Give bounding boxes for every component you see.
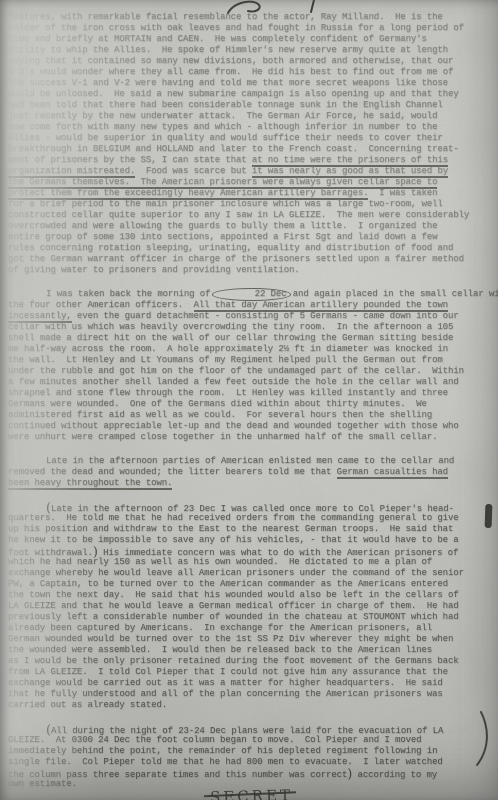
text-line: immediately behind the point, the remain…	[8, 746, 494, 757]
text-line: that he fully understood and all of the …	[8, 689, 494, 700]
text-line: had been told that there had been consid…	[8, 100, 494, 111]
text-line: the wall. Lt Henley and Lt Youmans of my…	[8, 355, 494, 366]
text-line: for a brief period to the main prisoner …	[8, 199, 494, 210]
text-line: the Germans themselves. The American pri…	[8, 177, 494, 188]
pen-underline: German casualties had	[337, 467, 448, 479]
text-line: exchange would be carried out as it was …	[8, 678, 494, 689]
text-line: Germans were wounded. One of the Germans…	[8, 399, 494, 410]
paragraph: I was taken back the morning of 22 Dec a…	[8, 289, 494, 443]
text-line: which he had nearly 150 as well as his o…	[8, 557, 494, 568]
text-line: cellar with us which was heavily overcro…	[8, 322, 494, 333]
text-line: the town the next day. He said that his …	[8, 590, 494, 601]
text-line: PW, a Captain, to be turned over to the …	[8, 579, 494, 590]
text-line: now come forth with many new types and w…	[8, 122, 494, 133]
text-line: been heavy throughout the town.	[8, 478, 494, 489]
text-line: protect them from the exceedingly heavy …	[8, 188, 494, 199]
text-line: from LA GLEIZE. I told Col Pieper that I…	[8, 667, 494, 678]
pen-parenthesis: (	[46, 723, 51, 738]
pen-parenthesis: )	[347, 767, 352, 782]
text-line: rules concerning rotation sleeping, urin…	[8, 243, 494, 254]
secret-stamp: SECRET	[210, 786, 310, 800]
text-line: exchange whereby he would leave all Amer…	[8, 568, 494, 579]
text-line: time and briefly at MORTAIN and CAEN. He…	[8, 34, 494, 45]
text-line: shrapnel and stone flew through the room…	[8, 388, 494, 399]
paragraph: features, with remarkable facial resembl…	[8, 12, 494, 276]
text-line: (Late in the afternoon of 23 Dec I was c…	[8, 502, 494, 513]
text-line: (All during the night of 23-24 Dec plans…	[8, 724, 494, 735]
text-line: G-2's would wonder where they all came f…	[8, 67, 494, 78]
paragraph: Late in the afternoon parties of America…	[8, 456, 494, 489]
text-line: were unhurt were cramped close together …	[8, 432, 494, 443]
text-line: breakthrough in BELGIUM and HOLLAND and …	[8, 144, 494, 155]
text-line: he knew it to be impossible to save any …	[8, 535, 494, 546]
pen-parenthesis: (	[46, 501, 51, 516]
text-line: already been captured by Americans. In e…	[8, 623, 494, 634]
text-line: just recently by the new underwater atta…	[8, 111, 494, 122]
pen-parenthesis: )	[93, 545, 98, 560]
text-line: carried out as already stated.	[8, 700, 494, 711]
text-line: the column pass three separate times and…	[8, 768, 494, 779]
text-line: the success V-1 and V-2 were having and …	[8, 78, 494, 89]
text-line: single file. Col Pieper told me that he …	[8, 757, 494, 768]
pen-underline: been heavy throughout the town.	[8, 478, 172, 490]
text-line: would be unloosed. He said a new submari…	[8, 89, 494, 100]
text-line: I was taken back the morning of 22 Dec a…	[8, 289, 494, 300]
text-line: as I would be the only prisoner retained…	[8, 656, 494, 667]
text-line: quarters. He told me that he had receive…	[8, 513, 494, 524]
text-line: foot withdrawal.) His immediate concern …	[8, 546, 494, 557]
text-line: the wounded were assembled. I would then…	[8, 645, 494, 656]
text-line: constructed cellar quite superior to any…	[8, 210, 494, 221]
page-text: features, with remarkable facial resembl…	[8, 12, 494, 790]
margin-pen-bracket-icon	[485, 504, 493, 528]
text-line: holder of the iron cross with oak leaves…	[8, 23, 494, 34]
text-line: entire group of some 130 into sections, …	[8, 232, 494, 243]
text-line: ability to whip the Allies. He spoke of …	[8, 45, 494, 56]
text-line: continued without appreciable let-up and…	[8, 421, 494, 432]
text-line: administered first aid as well as we cou…	[8, 410, 494, 421]
text-line: got the German warrant officer in charge…	[8, 254, 494, 265]
text-line: the four other American officers. All th…	[8, 300, 494, 311]
paragraph: (Late in the afternoon of 23 Dec I was c…	[8, 502, 494, 711]
text-line: Late in the afternoon parties of America…	[8, 456, 494, 467]
text-line: GLEIZE. At 0300 24 Dec the foot column b…	[8, 735, 494, 746]
text-line: saying that it contained so many new div…	[8, 56, 494, 67]
text-line: me half-way across the room. A hole appr…	[8, 344, 494, 355]
text-line: a few minutes another shell landed a few…	[8, 377, 494, 388]
text-line: Allies - would be superior in quality an…	[8, 133, 494, 144]
text-line: under the rubble and got him on the floo…	[8, 366, 494, 377]
document-page: features, with remarkable facial resembl…	[0, 0, 498, 800]
text-line: organization mistreated. Food was scarce…	[8, 166, 494, 177]
text-line: incessantly, even the guard detachment -…	[8, 311, 494, 322]
text-line: features, with remarkable facial resembl…	[8, 12, 494, 23]
text-line: previously left a considerable number of…	[8, 612, 494, 623]
text-line: up his position and withdraw to the East…	[8, 524, 494, 535]
text-line: overcrowded and were allowing the guards…	[8, 221, 494, 232]
text-line: ment of prisoners by the SS, I can state…	[8, 155, 494, 166]
text-line: of giving water to prisoners and providi…	[8, 265, 494, 276]
text-line: shell made a direct hit on the wall of o…	[8, 333, 494, 344]
text-line: German wounded would be turned over to t…	[8, 634, 494, 645]
text-line: LA GLEIZE and that he would leave a Germ…	[8, 601, 494, 612]
text-line: removed the dead and wounded; the litter…	[8, 467, 494, 478]
paragraph: (All during the night of 23-24 Dec plans…	[8, 724, 494, 790]
